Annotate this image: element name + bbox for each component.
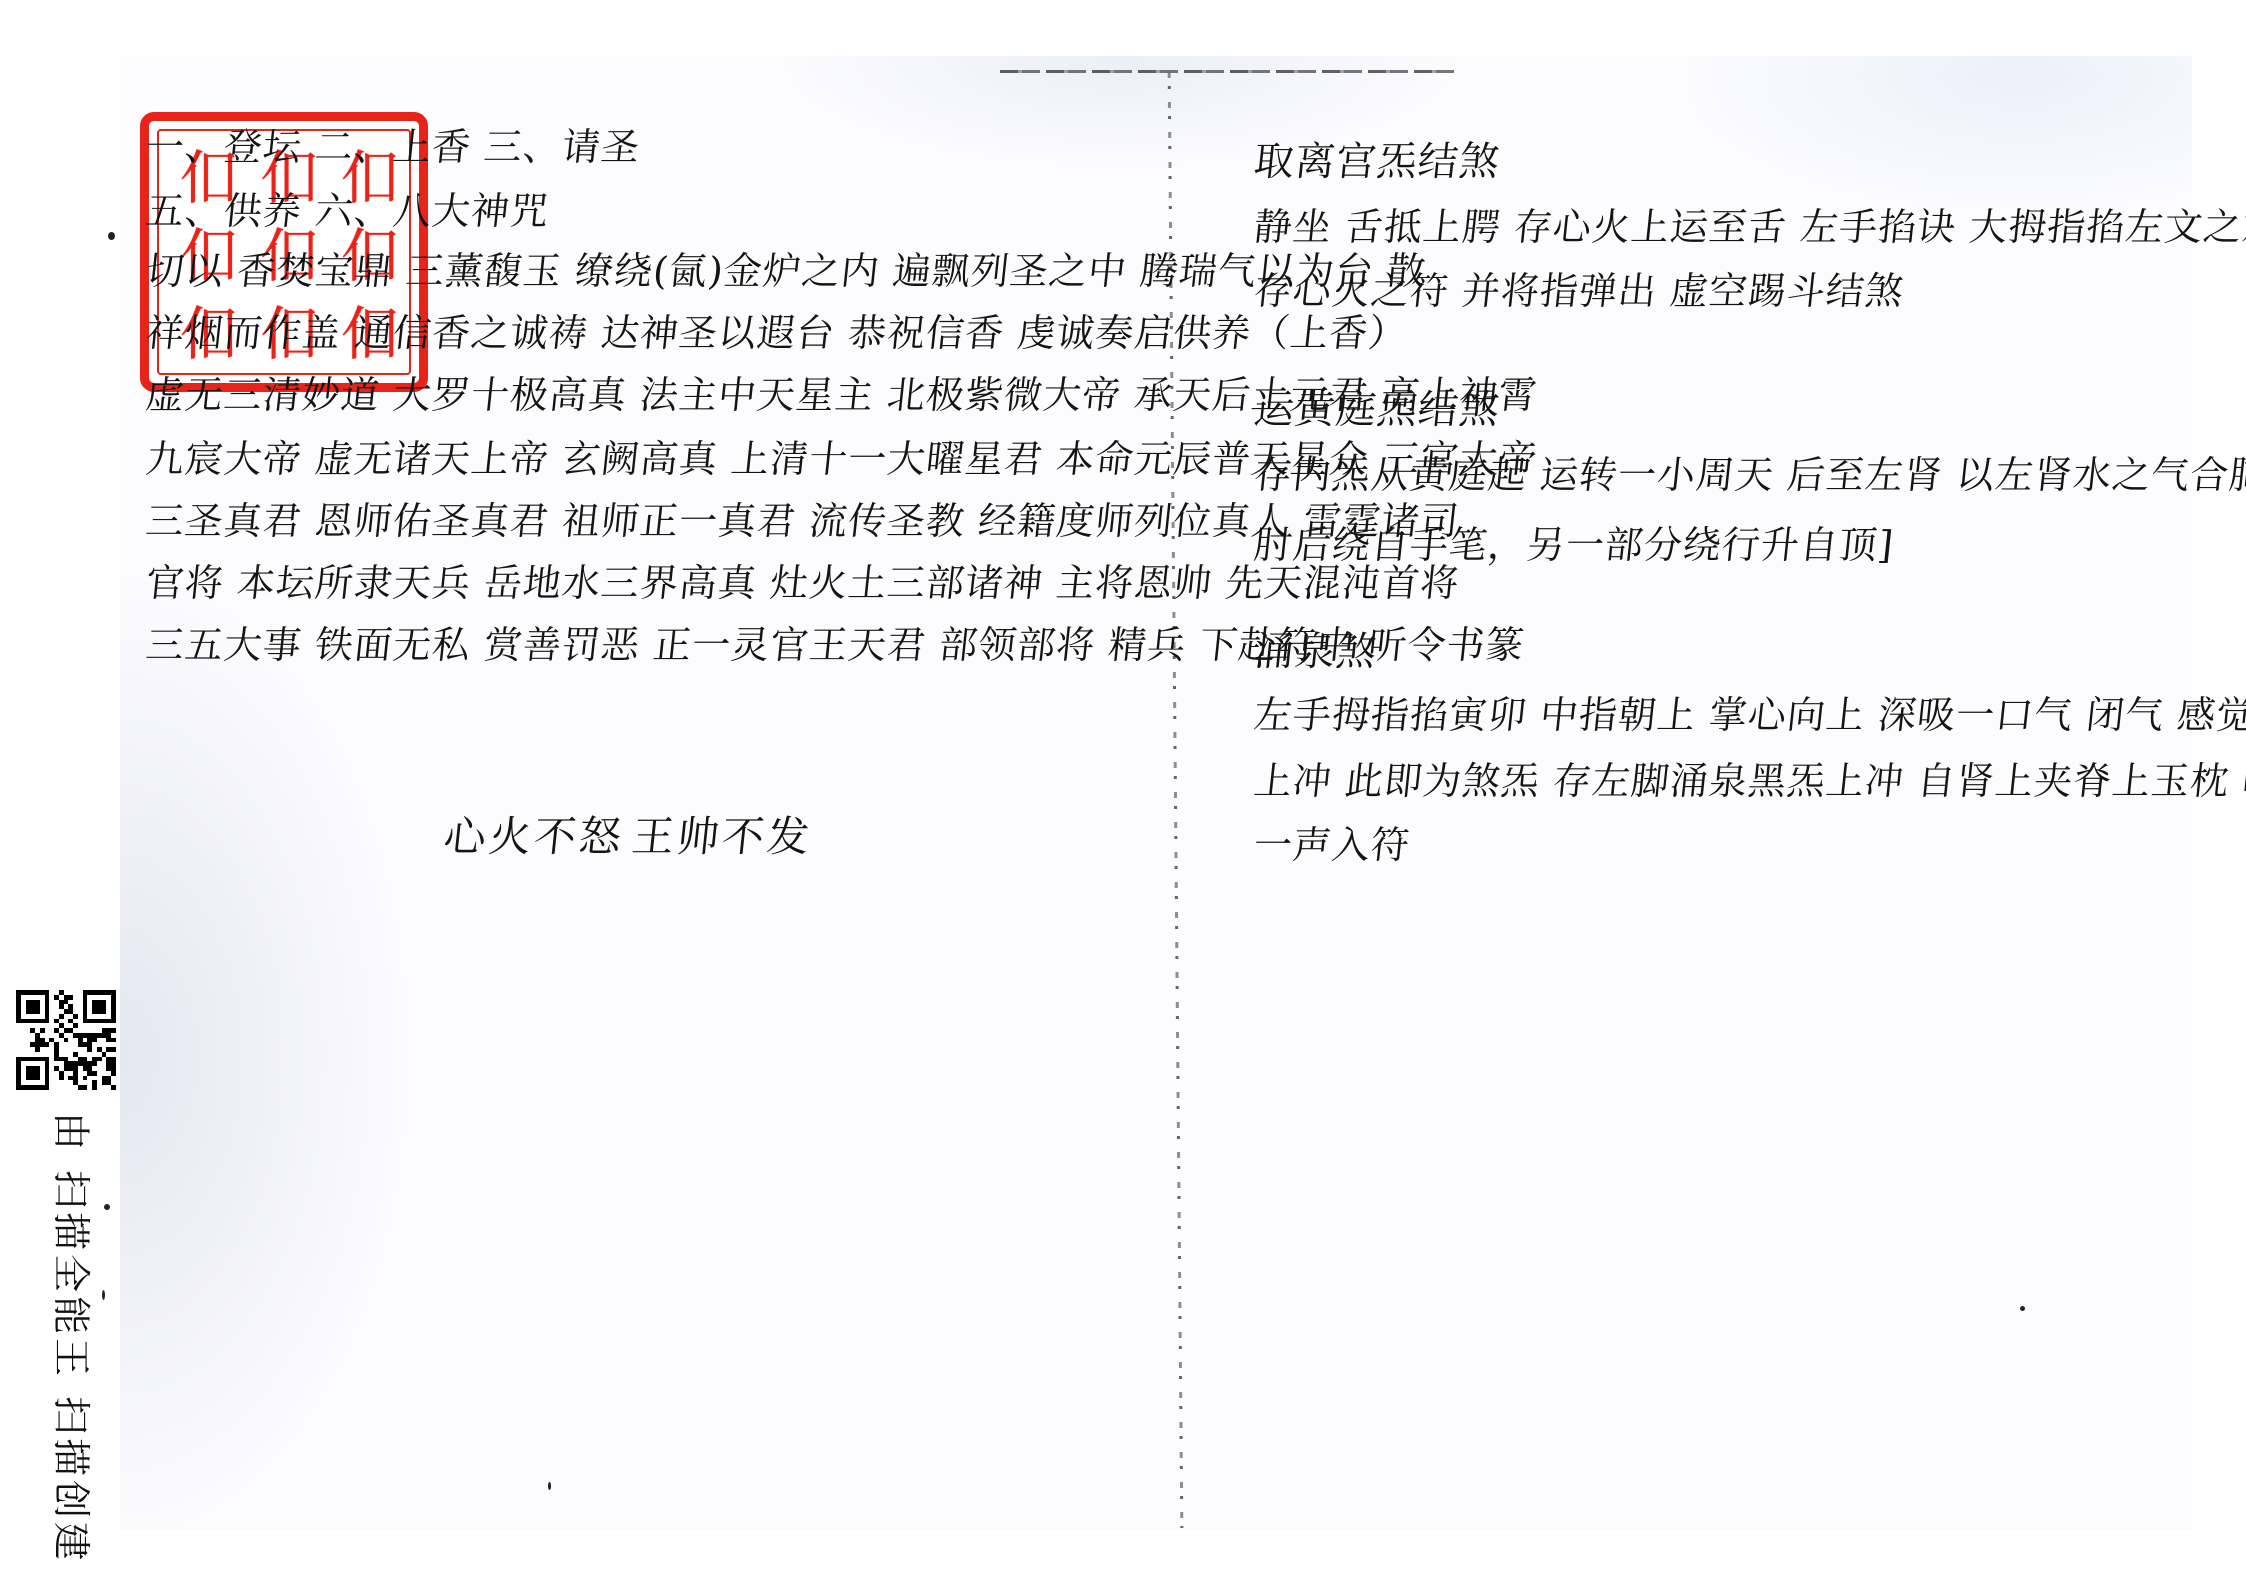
page-top-edge: [1000, 70, 1460, 73]
scan-speck: [2020, 1306, 2025, 1311]
right-line: 一声入符: [1252, 826, 1412, 864]
right-line: 静坐 舌抵上腭 存心火上运至舌 左手掐诀 大拇指掐左文之左处: [1252, 208, 2246, 246]
watermark-text: 由 扫描全能王 扫描创建: [46, 1112, 96, 1572]
motto-1: 心火不怒: [442, 816, 626, 858]
left-line: 切以 香焚宝鼎 三薰馥玉 缭绕(氤)金炉之内 遍飘列圣之中 腾瑞气以为台 散: [144, 252, 1428, 290]
right-line: 肘后绕自手笔，另一部分绕行升自顶]: [1252, 526, 1896, 564]
motto-2: 王帅不发: [630, 816, 814, 858]
right-line: 左手拇指掐寅卯 中指朝上 掌心向上 深吸一口气 闭气 感觉有一股气向: [1252, 696, 2246, 734]
left-line: 五、供养 六、八大神咒: [144, 192, 551, 230]
left-line: 官将 本坛所隶天兵 岳地水三界高真 灶火土三部诸神 主将恩帅 先天混沌首将: [144, 564, 1461, 602]
scan-speck: [104, 1204, 110, 1210]
section-title: 取离宫炁结煞: [1252, 142, 1502, 182]
scan-speck: [108, 232, 115, 240]
left-line: 祥烟而作盖 通信香之诚祷 达神圣以遐台 恭祝信香 虔诚奏启供养（上香）: [144, 314, 1409, 352]
scan-speck: [102, 1290, 105, 1300]
right-line: 存内炁从黄庭起 运转一小周天 后至左肾 以左肾水之气合肺金之炁右: [1252, 456, 2246, 494]
right-line: 存心火之符 并将指弹出 虚空踢斗结煞: [1252, 272, 1906, 310]
section-title: 涌泉煞: [1252, 632, 1379, 672]
right-line: 上冲 此即为煞炁 存左脚涌泉黑炁上冲 自肾上夹脊上玉枕 咄(duō): [1252, 762, 2246, 800]
scan-speck: [548, 1482, 551, 1490]
qr-code-icon: [16, 990, 116, 1090]
scanned-page: 㐰 㐰 㐰 㐰 㐰 㐰 㐰 㐰 㐰 一、登坛 二、上香 三、请圣 五、供养 六、…: [120, 56, 2192, 1530]
section-title: 运黄庭炁结煞: [1252, 390, 1502, 430]
left-line: 一、登坛 二、上香 三、请圣: [144, 128, 642, 166]
